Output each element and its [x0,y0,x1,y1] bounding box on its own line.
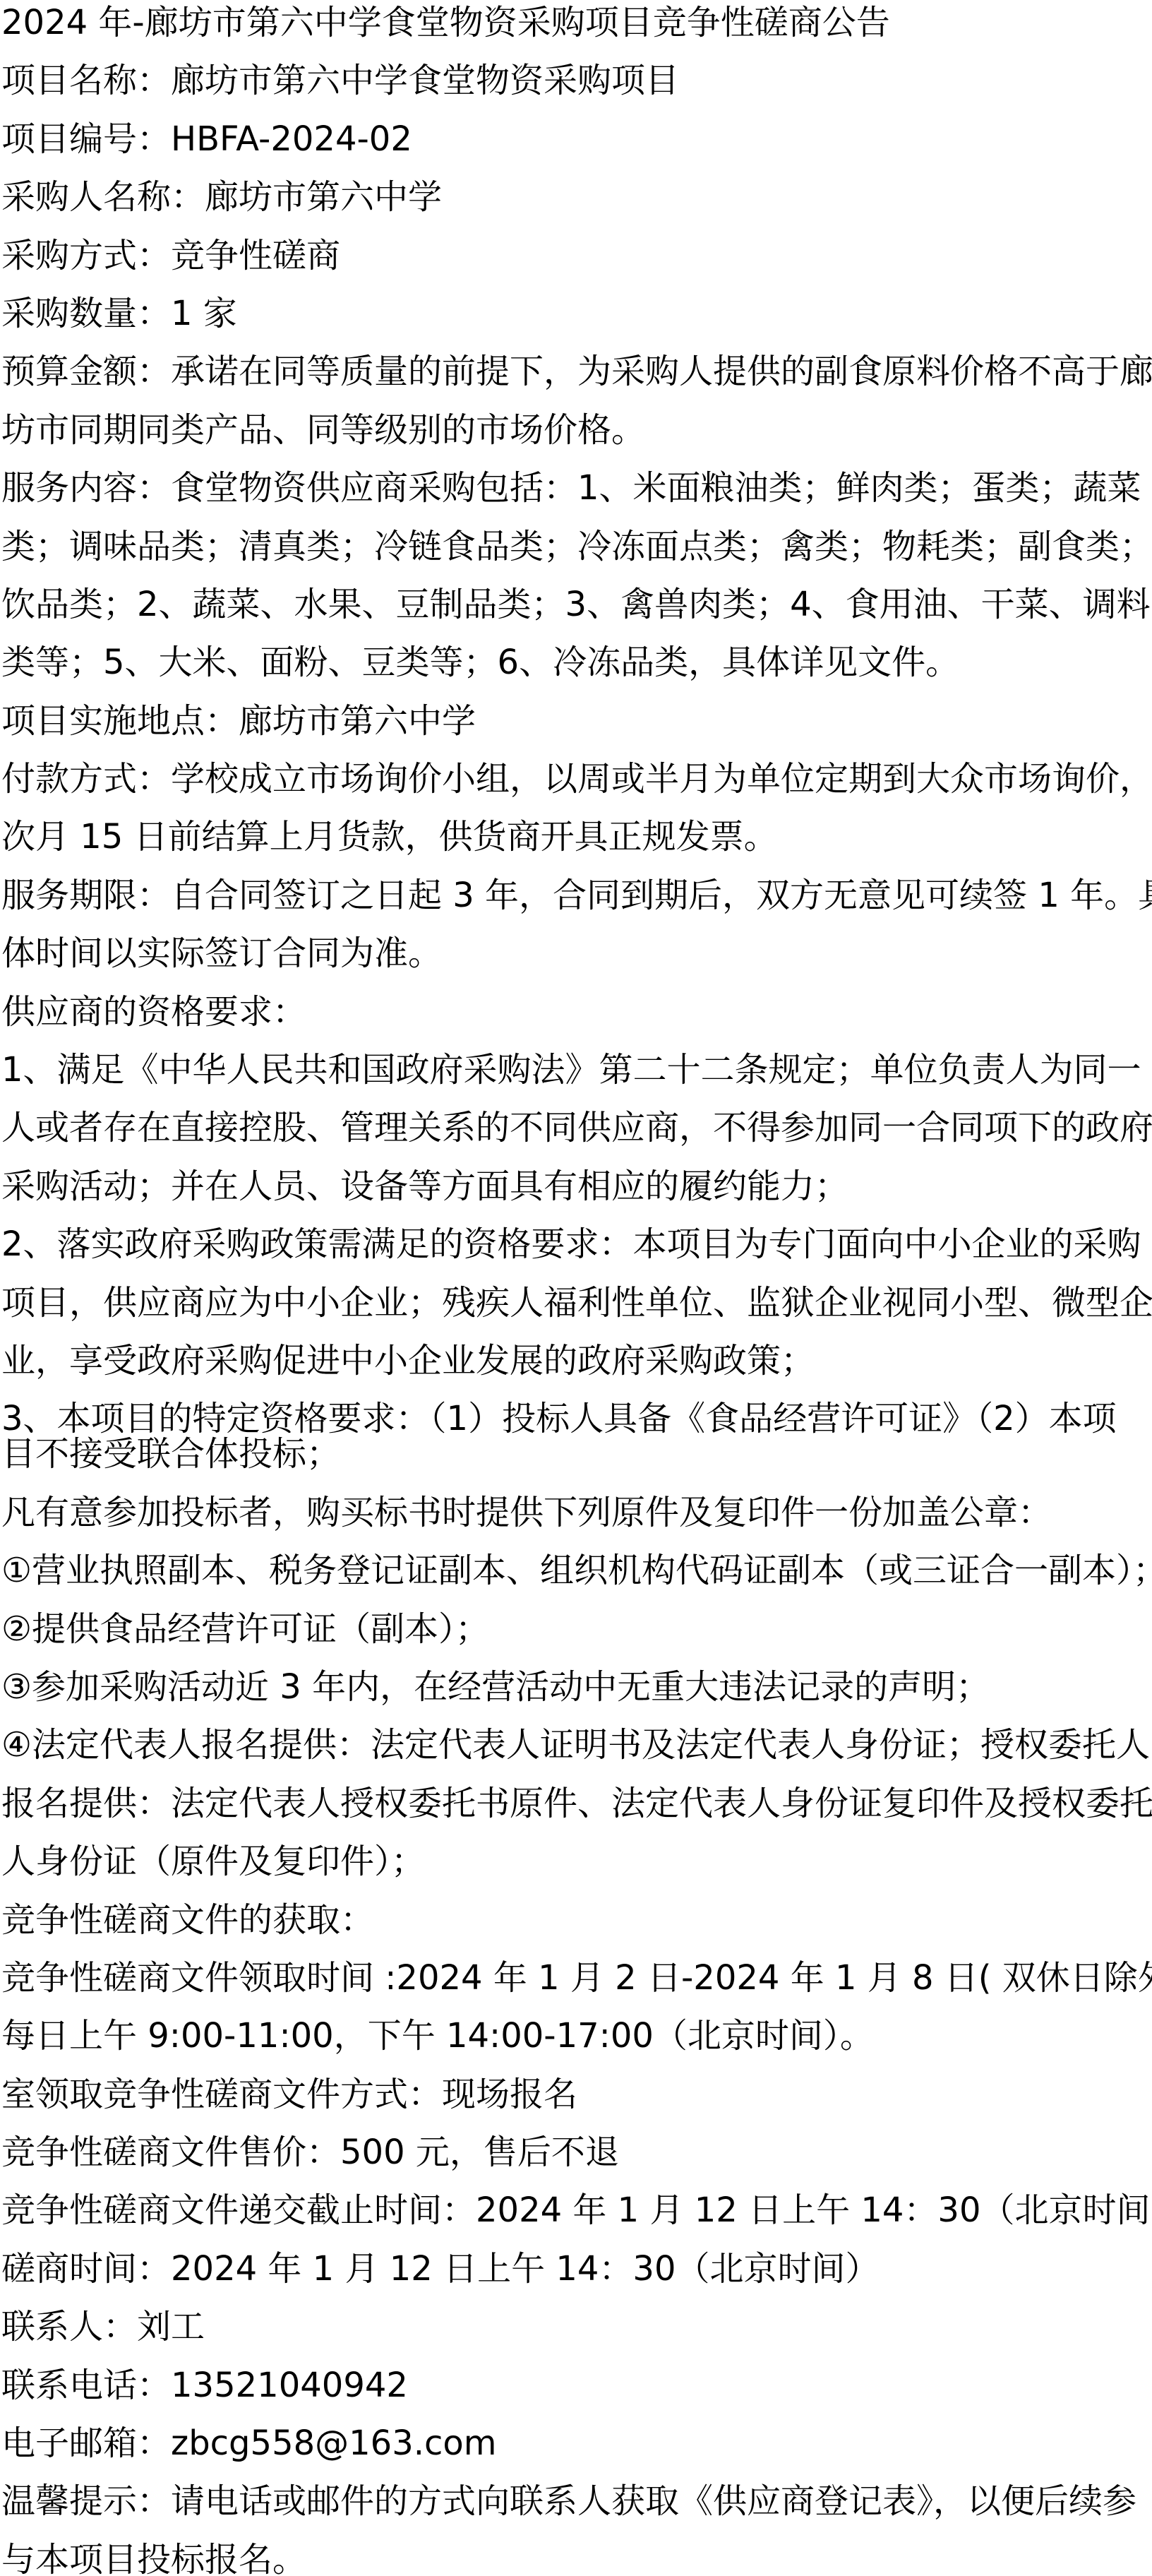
text-line-supplier-qualification-heading: 供应商的资格要求： [1,995,1152,1029]
text-line-document-price: 竞争性磋商文件售价：500 元，售后不退 [1,2135,1152,2169]
text-line-payment-1: 付款方式：学校成立市场询价小组，以周或半月为单位定期到大众市场询价， [1,762,1152,796]
text-line-bid-materials-heading: 凡有意参加投标者，购买标书时提供下列原件及复印件一份加盖公章： [1,1496,1152,1529]
text-line-negotiation-time: 磋商时间：2024 年 1 月 12 日上午 14：30（北京时间） [1,2252,1152,2286]
text-line-budget-2: 坊市同期同类产品、同等级别的市场价格。 [1,413,1152,447]
text-line-qualification-2a: 2、落实政府采购政策需满足的资格要求：本项目为专门面向中小企业的采购 [1,1227,1152,1261]
text-line-qualification-3a: 3、本项目的特定资格要求：（1）投标人具备《食品经营许可证》（2）本项 [1,1402,1152,1436]
text-line-qualification-2b: 项目，供应商应为中小企业；残疾人福利性单位、监狱企业视同小型、微型企 [1,1286,1152,1320]
text-line-reminder-1: 温馨提示：请电话或邮件的方式向联系人获取《供应商登记表》，以便后续参 [1,2484,1152,2518]
text-line-qualification-2c: 业，享受政府采购促进中小企业发展的政府采购政策； [1,1344,1152,1378]
text-line-contact-person: 联系人：刘工 [1,2310,1152,2344]
text-line-material-1: ①营业执照副本、税务登记证副本、组织机构代码证副本（或三证合一副本）； [1,1554,1152,1587]
text-line-reminder-2: 与本项目投标报名。 [1,2543,1152,2576]
text-line-qualification-3b: 目不接受联合体投标； [1,1437,1152,1471]
text-line-contact-phone: 联系电话：13521040942 [1,2368,1152,2402]
text-line-service-content-1: 服务内容：食堂物资供应商采购包括：1、米面粮油类；鲜肉类；蛋类；蔬菜 [1,471,1152,505]
text-line-service-term-2: 体时间以实际签订合同为准。 [1,936,1152,970]
text-line-qualification-1a: 1、满足《中华人民共和国政府采购法》第二十二条规定；单位负责人为同一 [1,1053,1152,1087]
text-line-project-number: 项目编号：HBFA-2024-02 [1,122,1152,156]
text-line-purchase-quantity: 采购数量：1 家 [1,297,1152,330]
text-line-qualification-1b: 人或者存在直接控股、管理关系的不同供应商，不得参加同一合同项下的政府 [1,1111,1152,1145]
document: 2024 年-廊坊市第六中学食堂物资采购项目竞争性磋商公告 项目名称：廊坊市第六… [0,0,1152,2576]
text-line-material-4a: ④法定代表人报名提供：法定代表人证明书及法定代表人身份证；授权委托人 [1,1728,1152,1762]
text-line-service-content-4: 类等；5、大米、面粉、豆类等；6、冷冻品类，具体详见文件。 [1,645,1152,679]
text-line-purchaser-name: 采购人名称：廊坊市第六中学 [1,180,1152,214]
text-line-qualification-1c: 采购活动；并在人员、设备等方面具有相应的履约能力； [1,1169,1152,1203]
text-line-material-4c: 人身份证（原件及复印件）； [1,1844,1152,1878]
text-line-material-2: ②提供食品经营许可证（副本）； [1,1612,1152,1646]
text-line-payment-2: 次月 15 日前结算上月货款，供货商开具正规发票。 [1,820,1152,854]
text-line-service-term-1: 服务期限：自合同签订之日起 3 年，合同到期后，双方无意见可续签 1 年。具 [1,878,1152,912]
text-line-project-name: 项目名称：廊坊市第六中学食堂物资采购项目 [1,64,1152,97]
text-line-submission-deadline: 竞争性磋商文件递交截止时间：2024 年 1 月 12 日上午 14：30（北京… [1,2193,1152,2227]
text-line-purchase-method: 采购方式：竞争性磋商 [1,239,1152,273]
text-line-service-content-2: 类；调味品类；清真类；冷链食品类；冷冻面点类；禽类；物耗类；副食类； [1,530,1152,563]
text-line-document-acquisition-heading: 竞争性磋商文件的获取： [1,1903,1152,1937]
page-title: 2024 年-廊坊市第六中学食堂物资采购项目竞争性磋商公告 [1,6,1152,40]
text-line-contact-email: 电子邮箱：zbcg558@163.com [1,2426,1152,2460]
text-line-document-pickup-time-1: 竞争性磋商文件领取时间 :2024 年 1 月 2 日-2024 年 1 月 8… [1,1961,1152,1995]
text-line-budget-1: 预算金额：承诺在同等质量的前提下，为采购人提供的副食原料价格不高于廊 [1,354,1152,388]
text-line-material-3: ③参加采购活动近 3 年内，在经营活动中无重大违法记录的声明； [1,1670,1152,1704]
text-line-service-content-3: 饮品类；2、蔬菜、水果、豆制品类；3、禽兽肉类；4、食用油、干菜、调料 [1,588,1152,621]
text-line-document-pickup-method: 室领取竞争性磋商文件方式：现场报名 [1,2077,1152,2111]
text-line-project-location: 项目实施地点：廊坊市第六中学 [1,704,1152,738]
text-line-document-pickup-time-2: 每日上午 9:00-11:00，下午 14:00-17:00（北京时间）。 [1,2019,1152,2053]
text-line-material-4b: 报名提供：法定代表人授权委托书原件、法定代表人身份证复印件及授权委托 [1,1787,1152,1820]
